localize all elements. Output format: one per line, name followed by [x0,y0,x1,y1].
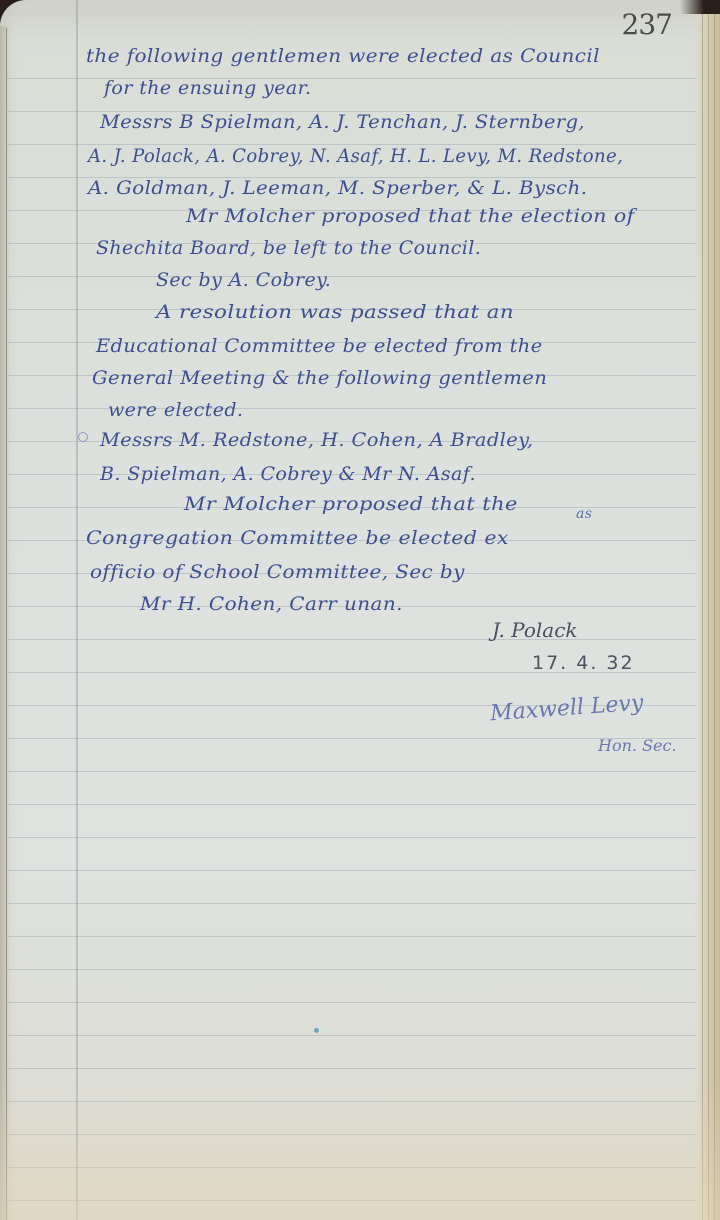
minutes-line: A resolution was passed that an [156,296,514,329]
members-list-line: A. J. Polack, A. Cobrey, N. Asaf, H. L. … [88,140,623,173]
minutes-line: Congregation Committee be elected ex [86,522,509,555]
minutes-line: officio of School Committee, Sec by [90,556,465,589]
binding-crease [6,28,7,1220]
minutes-line: were elected. [108,394,243,427]
margin-line [76,0,78,1220]
minutes-line: the following gentlemen were elected as … [86,40,600,73]
ledger-page: 237 the following gentlemen were elected… [0,0,720,1220]
secretary-title: Hon. Sec. [598,736,677,755]
right-page-stack [694,0,720,1220]
minutes-line: for the ensuing year. [104,72,311,105]
page-number: 237 [622,8,672,41]
inserted-word: as [576,506,592,522]
members-list-line: Messrs B Spielman, A. J. Tenchan, J. Ste… [100,106,585,139]
ink-mark [78,432,88,442]
seconded-line: Sec by A. Cobrey. [156,264,331,297]
minutes-line: Mr Molcher proposed that the election of [186,200,635,233]
minutes-line: Educational Committee be elected from th… [96,330,543,363]
left-page-edge [0,26,10,1220]
chair-signature: J. Polack [492,618,578,642]
background-corner [680,0,720,14]
signature-date: 17. 4. 32 [532,652,635,674]
minutes-line: Shechita Board, be left to the Council. [96,232,481,265]
members-list-line: Messrs M. Redstone, H. Cohen, A Bradley, [100,424,534,457]
minutes-line: Mr Molcher proposed that the [184,488,518,521]
minutes-line: General Meeting & the following gentleme… [92,362,547,395]
members-list-line: B. Spielman, A. Cobrey & Mr N. Asaf. [100,458,476,491]
ink-speck [314,1028,319,1033]
minutes-line: Mr H. Cohen, Carr unan. [140,588,403,621]
